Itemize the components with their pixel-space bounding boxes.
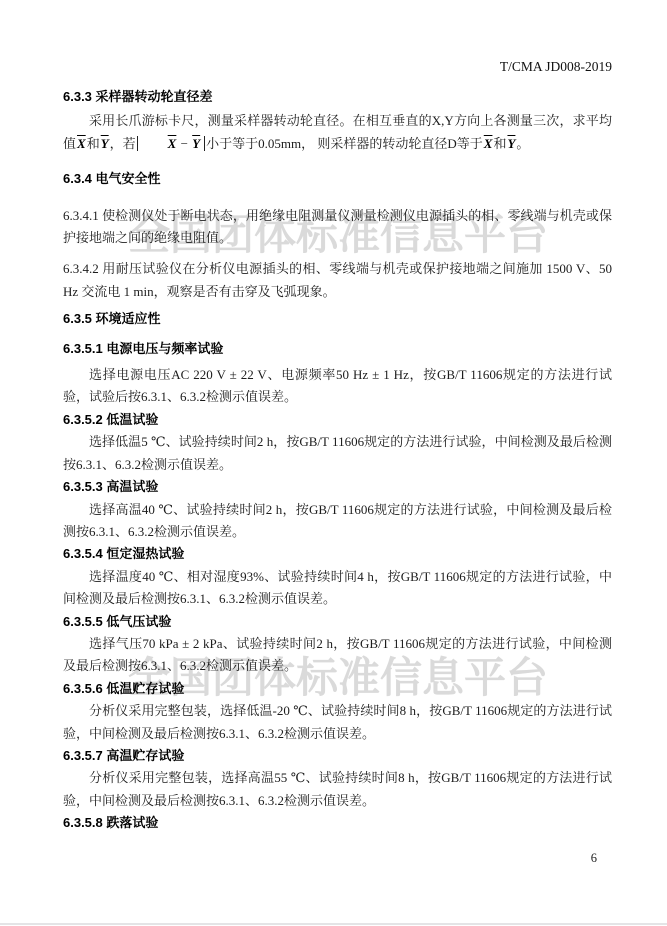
heading-6-3-5-3: 6.3.5.3 高温试验	[63, 476, 612, 498]
para-6-3-5-5: 选择气压70 kPa ± 2 kPa、试验持续时间2 h，按GB/T 11606…	[63, 633, 612, 678]
standard-number-header: T/CMA JD008-2019	[63, 58, 612, 76]
formula-ybar-2: Y	[506, 136, 516, 151]
heading-6-3-5-2: 6.3.5.2 低温试验	[63, 409, 612, 431]
heading-6-3-5-5: 6.3.5.5 低气压试验	[63, 611, 612, 633]
heading-6-3-5-8: 6.3.5.8 跌落试验	[63, 812, 612, 834]
formula-abs-xbar: X	[167, 136, 178, 151]
formula-abs-difference: X − Y	[137, 136, 205, 151]
para-6-3-5-3: 选择高温40 ℃、试验持续时间2 h，按GB/T 11606规定的方法进行试验，…	[63, 499, 612, 544]
para-6-3-3: 采用长爪游标卡尺，测量采样器转动轮直径。在相互垂直的X,Y方向上各测量三次，求平…	[63, 110, 612, 155]
page-content: T/CMA JD008-2019 6.3.3 采样器转动轮直径差 采用长爪游标卡…	[63, 58, 612, 835]
para-6-3-4-2: 6.3.4.2 用耐压试验仪在分析仪电源插头的相、零线端与机壳或保护接地端之间施…	[63, 258, 612, 303]
para-6-3-3-seg3: 小于等于0.05mm， 则采样器的转动轮直径D等于	[206, 136, 483, 151]
heading-6-3-5: 6.3.5 环境适应性	[63, 308, 612, 330]
formula-xbar: X	[76, 136, 87, 151]
para-6-3-5-6: 分析仪采用完整包装，选择低温-20 ℃、试验持续时间8 h，按GB/T 1160…	[63, 700, 612, 745]
page-bottom-divider	[0, 923, 667, 925]
para-6-3-3-and1: 和	[87, 136, 100, 151]
formula-xbar-2: X	[483, 136, 494, 151]
document-page: 全国团体标准信息平台 全国团体标准信息平台 T/CMA JD008-2019 6…	[0, 0, 667, 926]
formula-abs-ybar: Y	[191, 136, 201, 151]
formula-ybar: Y	[100, 136, 110, 151]
page-number: 6	[591, 851, 597, 866]
formula-minus-sign: −	[177, 136, 191, 151]
para-6-3-4-1: 6.3.4.1 使检测仪处于断电状态，用绝缘电阻测量仪测量检测仪电源插头的相、零…	[63, 205, 612, 250]
para-6-3-5-2: 选择低温5 ℃、试验持续时间2 h，按GB/T 11606规定的方法进行试验，中…	[63, 431, 612, 476]
heading-6-3-5-4: 6.3.5.4 恒定湿热试验	[63, 543, 612, 565]
heading-6-3-5-1: 6.3.5.1 电源电压与频率试验	[63, 338, 612, 360]
para-6-3-3-seg4: 。	[516, 136, 529, 151]
para-6-3-3-and2: 和	[493, 136, 506, 151]
heading-6-3-5-6: 6.3.5.6 低温贮存试验	[63, 678, 612, 700]
para-6-3-5-1: 选择电源电压AC 220 V ± 22 V、电源频率50 Hz ± 1 Hz，按…	[63, 364, 612, 409]
heading-6-3-3: 6.3.3 采样器转动轮直径差	[63, 86, 612, 108]
para-6-3-5-7: 分析仪采用完整包装，选择高温55 ℃、试验持续时间8 h，按GB/T 11606…	[63, 767, 612, 812]
heading-6-3-5-7: 6.3.5.7 高温贮存试验	[63, 745, 612, 767]
heading-6-3-4: 6.3.4 电气安全性	[63, 168, 612, 190]
para-6-3-5-4: 选择温度40 ℃、相对湿度93%、试验持续时间4 h，按GB/T 11606规定…	[63, 566, 612, 611]
para-6-3-3-seg2: ，若	[110, 136, 136, 151]
